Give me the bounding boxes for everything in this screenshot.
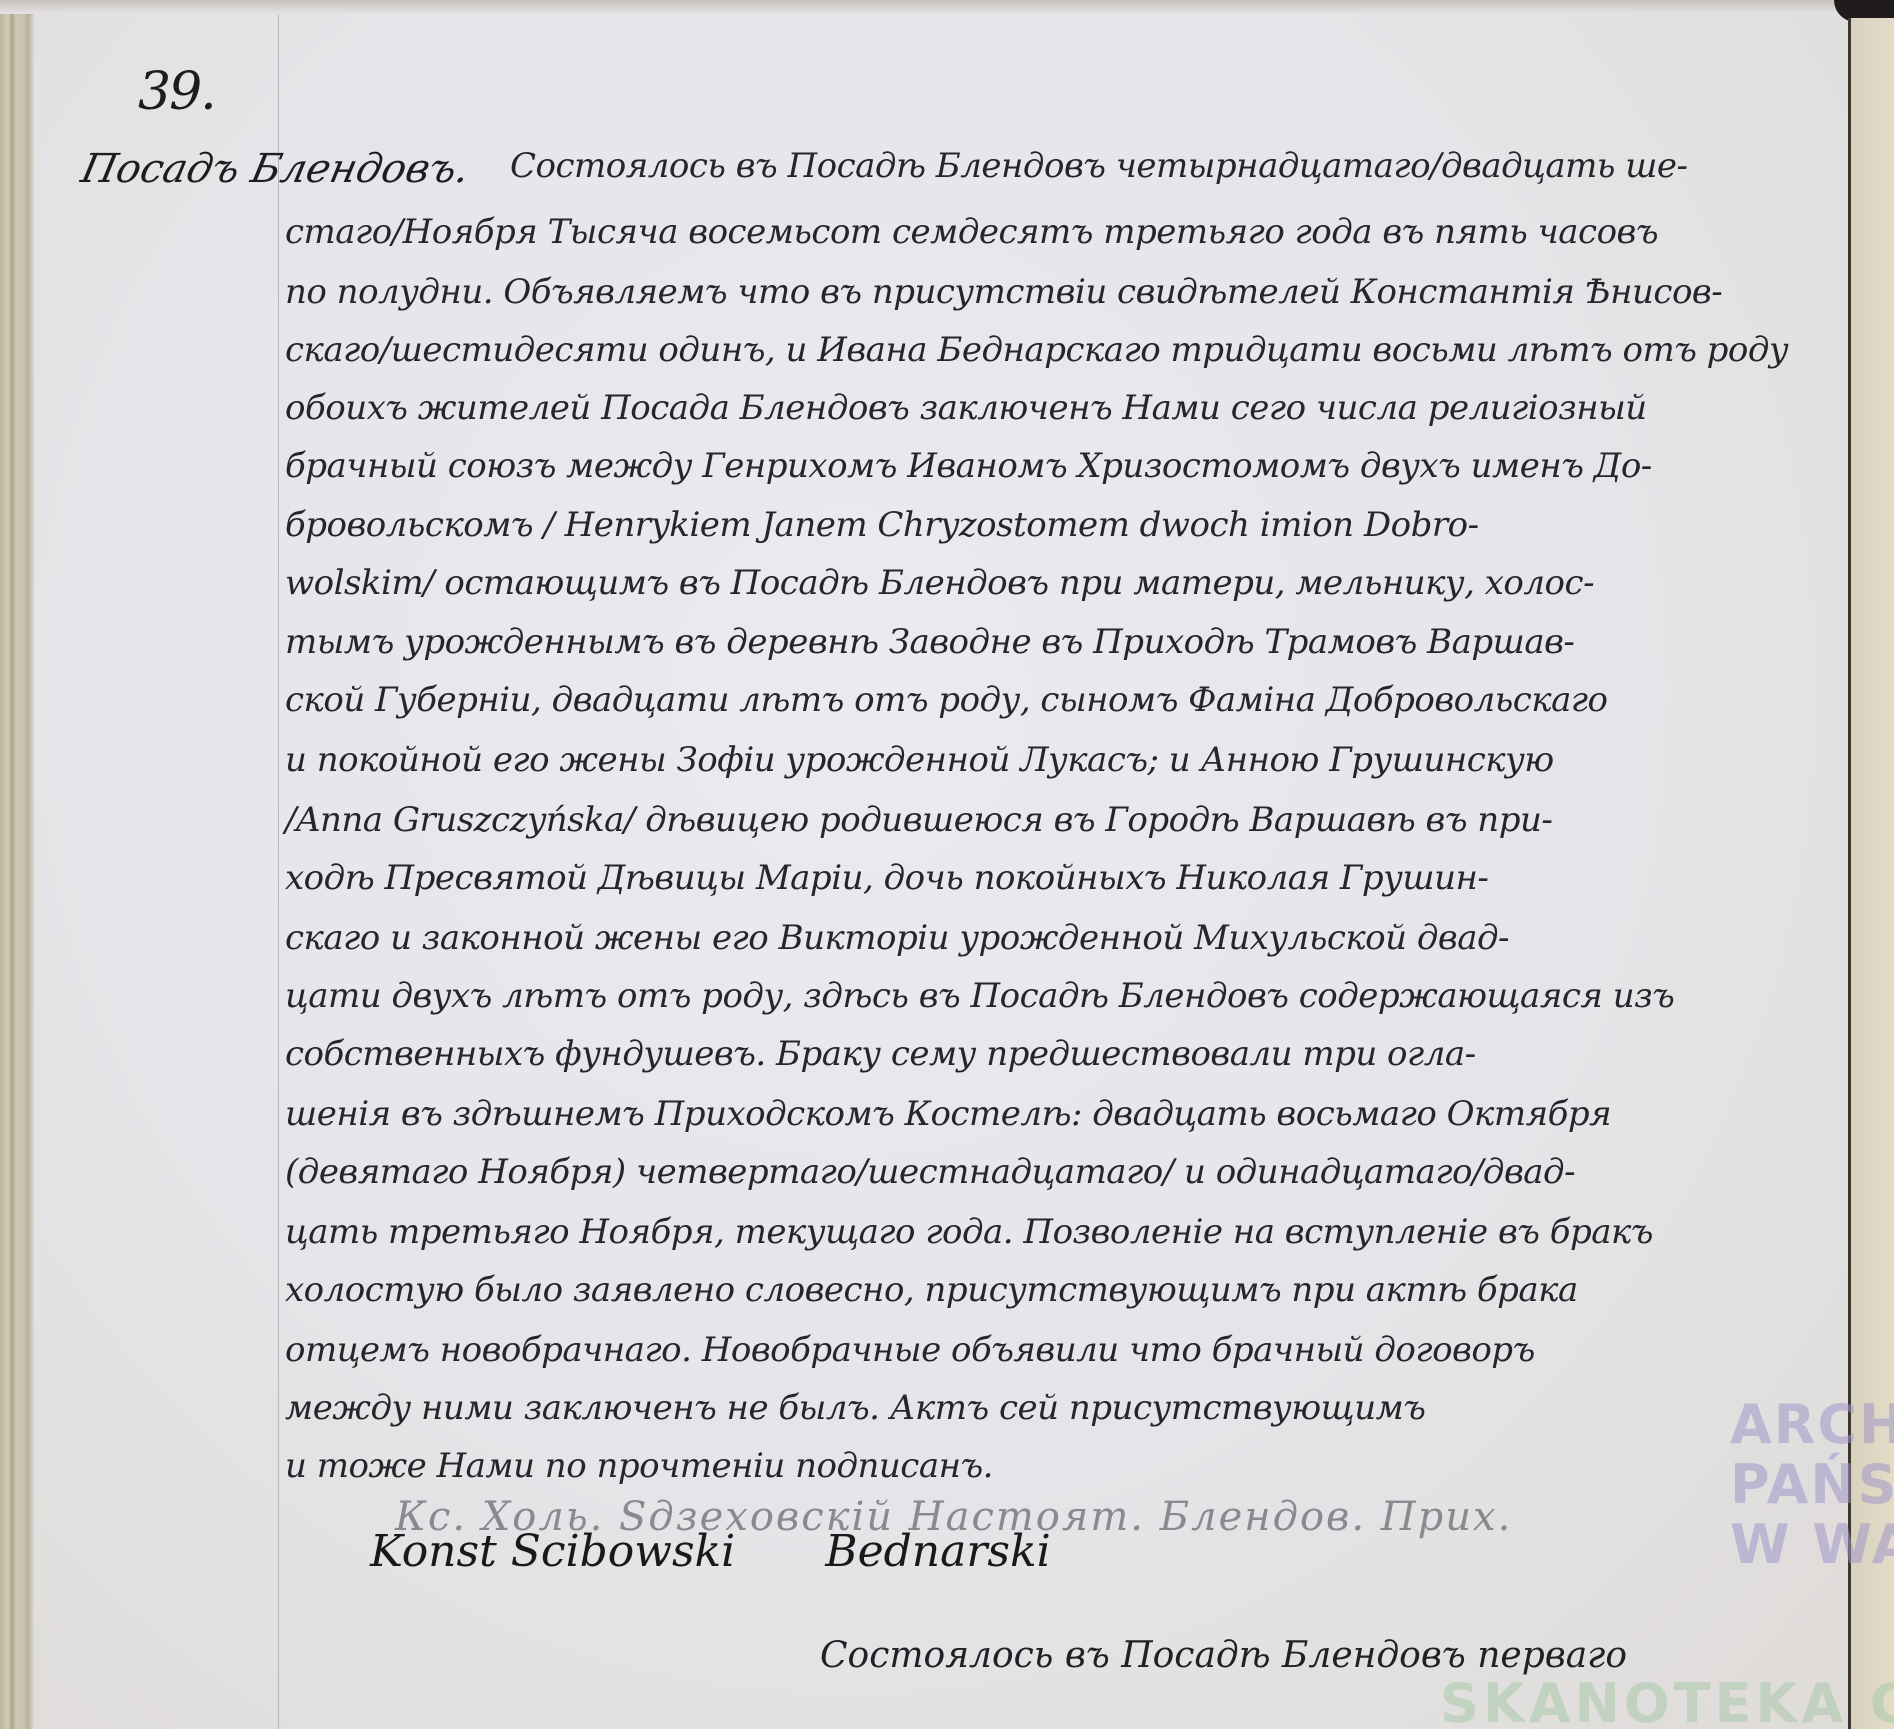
record-line-17: шенія въ здѣшнемъ Приходскомъ Костелѣ: д… bbox=[285, 1094, 1611, 1134]
record-line-4: скаго/шестидесяти одинъ, и Ивана Беднарс… bbox=[285, 330, 1788, 370]
record-line-21: отцемъ новобрачнаго. Новобрачные объявил… bbox=[285, 1330, 1535, 1370]
top-shadow bbox=[0, 0, 1894, 14]
witness-signatures: Konst ScibowskiBednarski bbox=[370, 1526, 1051, 1577]
watermark-line-1: ARCH bbox=[1730, 1395, 1894, 1455]
record-line-18: (девятаго Ноября) четвертаго/шестнадцата… bbox=[285, 1152, 1575, 1192]
record-line-12: /Anna Gruszczyńska/ дѣвицею родившеюся в… bbox=[285, 800, 1552, 840]
record-line-16: собственныхъ фундушевъ. Браку сему предш… bbox=[285, 1034, 1476, 1074]
record-line-13: ходѣ Пресвятой Дѣвицы Маріи, дочь покойн… bbox=[285, 858, 1488, 898]
record-line-10: ской Губерніи, двадцати лѣтъ отъ роду, с… bbox=[285, 680, 1608, 720]
record-line-22: между ними заключенъ не былъ. Актъ сей п… bbox=[285, 1388, 1425, 1428]
record-line-2: стаго/Ноября Тысяча восемьсот семдесятъ … bbox=[285, 212, 1658, 252]
record-line-14: скаго и законной жены его Викторіи урожд… bbox=[285, 918, 1509, 958]
archive-watermark: ARCH PAŃST W WAR bbox=[1730, 1395, 1894, 1575]
entry-number: 39. bbox=[138, 62, 215, 122]
record-line-3: по полудни. Объявляемъ что въ присутстві… bbox=[285, 272, 1722, 312]
signature-bednarski: Bednarski bbox=[825, 1526, 1050, 1577]
record-line-20: холостую было заявлено словесно, присутс… bbox=[285, 1270, 1578, 1310]
record-line-8: wolskim/ остающимъ въ Посадѣ Блендовъ пр… bbox=[285, 563, 1594, 603]
record-line-11: и покойной его жены Зофіи урожденной Лук… bbox=[285, 740, 1554, 780]
page-stack-edge bbox=[0, 0, 34, 1729]
record-line-5: обоихъ жителей Посада Блендовъ заключенъ… bbox=[285, 388, 1647, 428]
next-entry-opening: Состоялось въ Посадѣ Блендовъ перваго bbox=[820, 1635, 1627, 1676]
margin-heading-place: Посадъ Блендовъ. bbox=[77, 146, 474, 192]
margin-rule-line bbox=[278, 14, 279, 1729]
watermark-line-3: W WAR bbox=[1730, 1515, 1894, 1575]
record-line-23: и тоже Нами по прочтеніи подписанъ. bbox=[285, 1446, 993, 1486]
signature-scibowski: Konst Scibowski bbox=[370, 1526, 735, 1577]
record-line-15: цати двухъ лѣтъ отъ роду, здѣсь въ Посад… bbox=[285, 976, 1674, 1016]
record-line-6: брачный союзъ между Генрихомъ Иваномъ Хр… bbox=[285, 446, 1652, 486]
record-line-1: Состоялось въ Посадѣ Блендовъ четырнадца… bbox=[510, 146, 1688, 186]
record-line-7: бровольскомъ / Henrykiem Janem Chryzosto… bbox=[285, 505, 1479, 545]
watermark-line-2: PAŃST bbox=[1730, 1455, 1894, 1515]
record-line-9: тымъ урожденнымъ въ деревнѣ Заводне въ П… bbox=[285, 622, 1574, 662]
record-line-19: цать третьяго Ноября, текущаго года. Поз… bbox=[285, 1212, 1653, 1252]
skanoteka-watermark: SKANOTEKA G bbox=[1440, 1672, 1894, 1729]
